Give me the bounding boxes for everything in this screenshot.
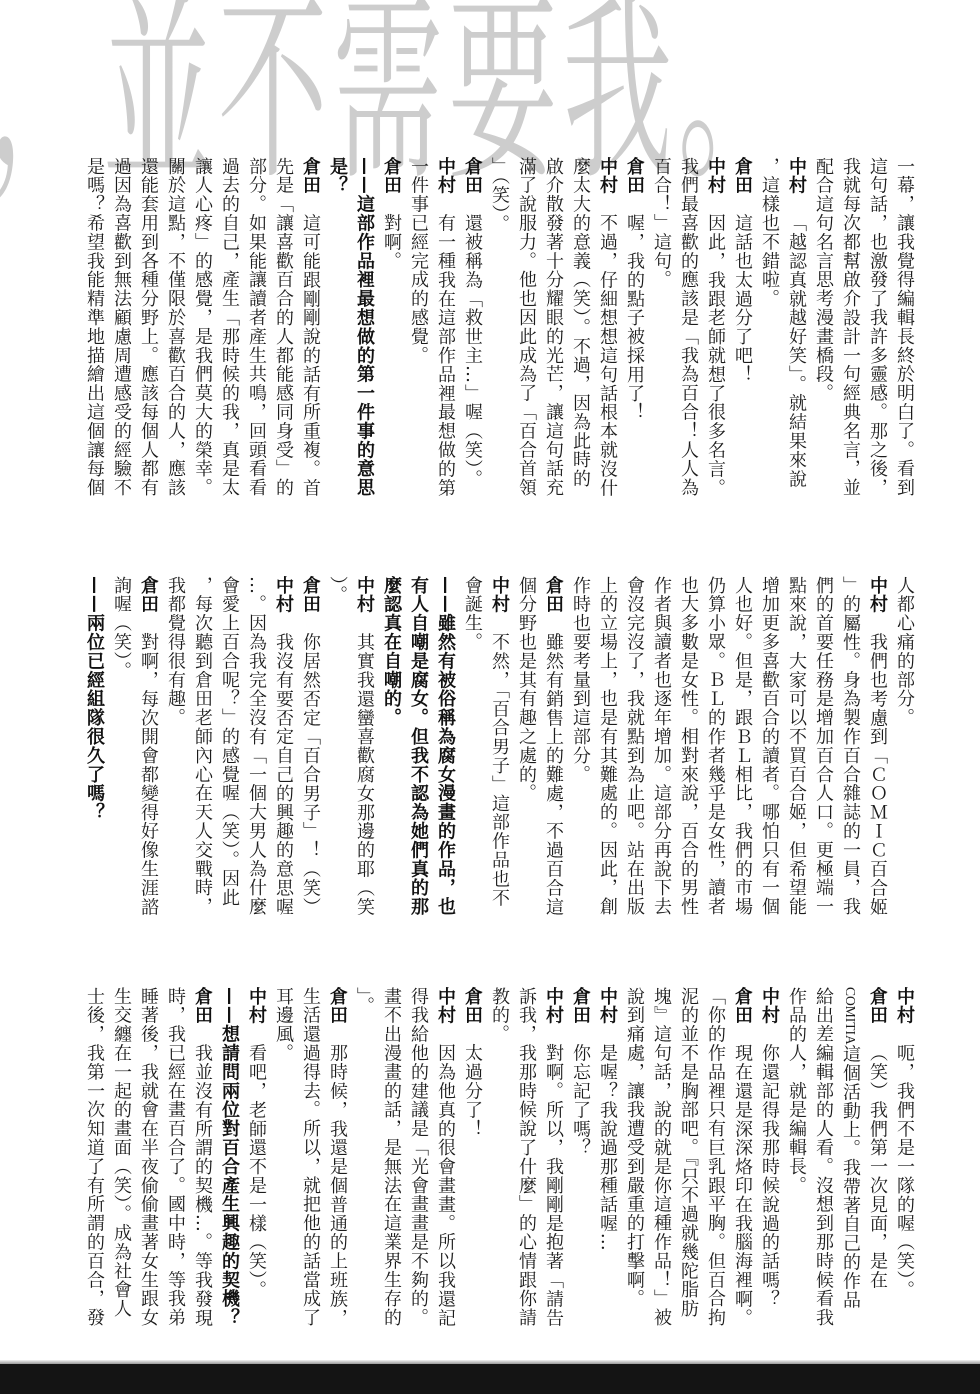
text-column: 」的屬性。身為製作百合雜誌的一員，我 [837,576,864,921]
text-column: 人都心痛的部分。 [891,576,918,921]
text-column: 生交纏在一起的畫面（笑）。成為社會人 [108,987,135,1332]
dialogue-column: 倉田還被稱為「救世主…」喔（笑）。 [459,157,486,502]
speaker-name: 倉田 [138,576,159,614]
text-column: COMITIA這個活動上。我帶著自己的作品 [837,987,864,1332]
column-text: 這個活動上。我帶著自己的作品 [840,1045,861,1310]
text-column: 生活還過得去。所以，就把他的話當成了 [297,987,324,1332]
dialogue-column: 倉田雖然有銷售上的難處，不過百合這 [540,576,567,921]
text-column: 還能套用到各種分野上。應該每個人都有 [135,157,162,502]
column-text: 一幕，讓我覺得編輯長終於明白了。看到 [894,157,915,497]
speaker-name: 中村 [786,157,807,195]
text-column: 「你的作品裡只有巨乳跟平胸。但百合拘 [702,987,729,1332]
column-text: 作者與讀者也逐年增加。這部分再說下去 [651,576,672,916]
interview-question: 麼認真在自嘲的。 [378,576,405,921]
speaker-name: 中村 [435,987,456,1025]
column-text: 部分。如果能讓讀者產生共鳴，回頭看看 [246,157,267,497]
column-text: （笑）我們第一次見面，是在 [867,1044,888,1290]
column-text: 人也好。但是，跟ＢＬ相比，我們的市場 [732,576,753,916]
speaker-name: 中村 [597,987,618,1025]
text-column: 我就每次都幫啟介設計一句經典名言，並 [837,157,864,502]
speaker-name: 倉田 [543,576,564,614]
speaker-name: 中村 [867,576,888,614]
dialogue-column: 倉田太過分了！ [459,987,486,1332]
column-text: 百合！」這句。 [651,157,672,289]
text-column: 個分野也是其有趣之處的。 [513,576,540,921]
question-text: ——雖然有被俗稱為腐女漫畫的作品，也 [435,576,456,916]
column-text: 有一種我在這部作品裡最想做的第 [435,214,456,498]
text-column: 關於這點，不僅限於喜歡百合的人，應該 [162,157,189,502]
dialogue-column: 中村不然，「百合男子」這部作品也不 [486,576,513,921]
speaker-name: 中村 [894,987,915,1025]
speaker-name: 倉田 [867,987,888,1025]
column-text: 增加更多喜歡百合的讀者。哪怕只有一個 [759,576,780,916]
column-text: 先是「讓喜歡百合的人都能感同身受」的 [273,157,294,497]
column-text: 士後，我第一次知道了有所謂的百合，發 [84,987,105,1327]
column-text: 麼太大的意義（笑）。不過，因為此時的 [570,157,591,488]
dialogue-column: 中村我們也考慮到「ＣＯＭＩＣ百合姬 [864,576,891,921]
text-column: 詢喔（笑）。 [108,576,135,921]
column-text: 也大多數是女性。相對來說，百合的男性 [678,576,699,916]
column-text: 你還記得我那時候說過的話嗎？ [759,1044,780,1309]
text-column: 過因為喜歡到無法顧慮周遭感受的經驗不 [108,157,135,502]
column-text: 因為他真的很會畫畫。所以我還記 [435,1044,456,1328]
text-column: 時，我已經在畫百合了。國中時，等我弟 [162,987,189,1332]
text-column: 這句話，也激發了我許多靈感。那之後， [864,157,891,502]
column-text: 會沒完沒了，我就點到為止吧。站在出版 [624,576,645,916]
column-text: 是嗎？希望我能精準地描繪出這個讓每個 [84,157,105,497]
text-column: 配合這句名言思考漫畫橋段。 [810,157,837,502]
speaker-name: 倉田 [192,987,213,1025]
text-column: 仍算小眾。ＢＬ的作者幾乎是女性，讀者 [702,576,729,921]
text-column: 作時也要考量到這部分。 [567,576,594,921]
dialogue-column: 中村因此，我跟老師就想了很多名言。 [702,157,729,502]
speaker-name: 倉田 [462,157,483,195]
column-text: 其實我還蠻喜歡腐女那邊的耶（笑 [354,633,375,917]
column-text: 畫不出漫畫的話，是無法在這業界生存的 [381,987,402,1327]
dialogue-column: 中村是喔？我說過那種話喔… [594,987,621,1332]
text-tier-3: 中村呃，我們不是一隊的喔（笑）。 倉田（笑）我們第一次見面，是在 COMITIA… [81,987,918,1332]
question-text: 是？ [327,157,348,195]
speaker-name: 倉田 [732,987,753,1025]
speaker-name: 中村 [435,157,456,195]
column-text: …。因為我完全沒有「一個大男人為什麼 [246,576,267,916]
text-column: 」（笑）。 [486,157,513,502]
text-column: 百合！」這句。 [648,157,675,502]
interview-question: 是？ [324,157,351,502]
column-text: 會誕生。 [462,576,483,652]
column-text: 一件事已經完成的感覺。 [408,157,429,365]
column-text: 那時候，我還是個普通的上班族， [327,1044,348,1328]
column-text: 過因為喜歡到無法顧慮周遭感受的經驗不 [111,157,132,497]
column-text: 現在還是深深烙印在我腦海裡啊。 [732,1044,753,1328]
column-text: 點來說，大家可以不買百合姬，但希望能 [786,576,807,916]
dialogue-column: 倉田對啊。 [378,157,405,502]
column-text: 」的屬性。身為製作百合雜誌的一員，我 [840,576,861,916]
page-bottom-bar [0,1364,980,1394]
column-text: 不過，仔細想想這句話根本就沒什 [597,214,618,498]
speaker-name: 倉田 [327,987,348,1025]
text-column: 點來說，大家可以不買百合姬，但希望能 [783,576,810,921]
column-text: 我並沒有所謂的契機…。等我發現 [192,1044,213,1328]
text-column: 給出差編輯部的人看。沒想到那時候看我 [810,987,837,1332]
text-column: …。因為我完全沒有「一個大男人為什麼 [243,576,270,921]
dialogue-column: 中村我沒有要否定自己的興趣的意思喔 [270,576,297,921]
column-text: 你居然否定「百合男子」！（笑） [300,633,321,917]
speaker-name: 倉田 [732,157,753,195]
interview-question: ——這部作品裡最想做的第一件事的意思 [351,157,378,502]
text-column: ，這樣也不錯啦。 [756,157,783,502]
speaker-name: 中村 [597,157,618,195]
column-text: 會愛上百合呢？」的感覺喔（笑）。因此 [219,576,240,907]
dialogue-column: 倉田那時候，我還是個普通的上班族， [324,987,351,1332]
column-text: 啟介散發著十分耀眼的光芒，讓這句話充 [543,157,564,497]
column-text: 是喔？我說過那種話喔… [597,1044,618,1252]
text-column: 是嗎？希望我能精準地描繪出這個讓每個 [81,157,108,502]
column-text: 我們也考慮到「ＣＯＭＩＣ百合姬 [867,633,888,917]
column-text: 作品的人，就是編輯長。 [786,987,807,1195]
text-column: ）。 [324,576,351,921]
question-text: 麼認真在自嘲的。 [381,576,402,727]
question-text: 有人自嘲是腐女。但我不認為她們真的那 [408,576,429,916]
column-text: 泥的並不是胸部吧。『只不過就幾陀脂肪 [678,987,699,1318]
column-text: 我們最喜歡的應該是「我為百合！人人為 [678,157,699,497]
text-column: 一件事已經完成的感覺。 [405,157,432,502]
speaker-name: 倉田 [381,157,402,195]
text-column: 耳邊風。 [270,987,297,1332]
question-text: ——兩位已經組隊很久了嗎？ [84,576,105,822]
text-tier-1: 一幕，讓我覺得編輯長終於明白了。看到 這句話，也激發了我許多靈感。那之後， 我就… [81,157,918,502]
column-text: 滿了說服力。他也因此成為了「百合首領 [516,157,537,497]
text-column: 讓人心疼」的感覺，是我們莫大的榮幸。 [189,157,216,502]
dialogue-column: 中村對啊。所以，我剛剛是抱著「請告 [540,987,567,1332]
column-text: 不然，「百合男子」這部作品也不 [489,633,510,908]
text-column: ，每次聽到倉田老師內心在天人交戰時， [189,576,216,921]
column-text: 過去的自己，產生「那時候的我，真是太 [219,157,240,497]
speaker-name: 倉田 [300,157,321,195]
event-name-latin: COMITIA [843,987,858,1045]
text-column: 塊』這句話，說的就是你這種作品！」被 [648,987,675,1332]
interview-question: ——兩位已經組隊很久了嗎？ [81,576,108,921]
text-column: 我們最喜歡的應該是「我為百合！人人為 [675,157,702,502]
dialogue-column: 倉田（笑）我們第一次見面，是在 [864,987,891,1332]
dialogue-column: 倉田現在還是深深烙印在我腦海裡啊。 [729,987,756,1332]
column-text: 人都心痛的部分。 [894,576,915,727]
column-text: 對啊。 [381,214,402,271]
interview-question: 有人自嘲是腐女。但我不認為她們真的那 [405,576,432,921]
text-column: 作品的人，就是編輯長。 [783,987,810,1332]
text-column: 啟介散發著十分耀眼的光芒，讓這句話充 [540,157,567,502]
column-text: 耳邊風。 [273,987,294,1063]
dialogue-column: 中村呃，我們不是一隊的喔（笑）。 [891,987,918,1332]
column-text: 讓人心疼」的感覺，是我們莫大的榮幸。 [192,157,213,497]
dialogue-column: 倉田你忘記了嗎？ [567,987,594,1332]
column-text: 得我給他的建議是「光會畫畫是不夠的。 [408,987,429,1327]
speaker-name: 倉田 [624,157,645,195]
column-text: 詢喔（笑）。 [111,576,132,680]
text-column: 上的立場上，也是有其難處的。因此，創 [594,576,621,921]
column-text: ，每次聽到倉田老師內心在天人交戰時， [192,576,213,916]
column-text: 訴我，我那時候說了什麼」的心情跟你請 [516,987,537,1327]
text-column: 部分。如果能讓讀者產生共鳴，回頭看看 [243,157,270,502]
question-text: ——想請問兩位對百合產生興趣的契機？ [219,987,240,1327]
column-text: 生交纏在一起的畫面（笑）。成為社會人 [111,987,132,1318]
column-text: 關於這點，不僅限於喜歡百合的人，應該 [165,157,186,497]
text-column: 教的。 [486,987,513,1332]
dialogue-column: 中村不過，仔細想想這句話根本就沒什 [594,157,621,502]
speaker-name: 中村 [246,987,267,1025]
column-text: 配合這句名言思考漫畫橋段。 [813,157,834,403]
text-column: 先是「讓喜歡百合的人都能感同身受」的 [270,157,297,502]
text-column: 滿了說服力。他也因此成為了「百合首領 [513,157,540,502]
question-text: ——這部作品裡最想做的第一件事的意思 [354,157,375,497]
column-text: 「你的作品裡只有巨乳跟平胸。但百合拘 [705,987,726,1327]
dialogue-column: 中村其實我還蠻喜歡腐女那邊的耶（笑 [351,576,378,921]
column-text: 這話也太過分了吧！ [732,214,753,384]
column-text: 教的。 [489,987,510,1044]
column-text: 」。 [354,987,375,1016]
column-text: 「越認真就越好笑」。就結果來說 [786,214,807,489]
column-text: 睡著後，我就會在半夜偷偷畫著女生跟女 [138,987,159,1327]
column-text: 我都覺得很有趣。 [165,576,186,727]
speaker-name: 中村 [705,157,726,195]
dialogue-column: 中村有一種我在這部作品裡最想做的第 [432,157,459,502]
column-text: 」（笑）。 [489,157,510,234]
column-text: ）。 [327,576,348,605]
text-column: 過去的自己，產生「那時候的我，真是太 [216,157,243,502]
text-column: 訴我，我那時候說了什麼」的心情跟你請 [513,987,540,1332]
dialogue-column: 中村看吧，老師還不是一樣（笑）。 [243,987,270,1332]
speaker-name: 中村 [543,987,564,1025]
text-column: 們的首要任務是增加百合人口。更極端一 [810,576,837,921]
column-text: 還被稱為「救世主…」喔（笑）。 [462,214,483,489]
column-text: 時，我已經在畫百合了。國中時，等我弟 [165,987,186,1327]
dialogue-column: 中村你還記得我那時候說過的話嗎？ [756,987,783,1332]
column-text: 雖然有銷售上的難處，不過百合這 [543,633,564,917]
dialogue-column: 倉田我並沒有所謂的契機…。等我發現 [189,987,216,1332]
text-column: 說到痛處，讓我遭受到嚴重的打擊啊。 [621,987,648,1332]
column-text: 對啊，每次開會都變得好像生涯諮 [138,633,159,917]
column-text: 因此，我跟老師就想了很多名言。 [705,214,726,498]
column-text: 我沒有要否定自己的興趣的意思喔 [273,633,294,917]
dialogue-column: 倉田你居然否定「百合男子」！（笑） [297,576,324,921]
text-column: 增加更多喜歡百合的讀者。哪怕只有一個 [756,576,783,921]
text-column: 我都覺得很有趣。 [162,576,189,921]
dialogue-column: 倉田對啊，每次開會都變得好像生涯諮 [135,576,162,921]
text-column: 也大多數是女性。相對來說，百合的男性 [675,576,702,921]
speaker-name: 中村 [759,987,780,1025]
column-text: 看吧，老師還不是一樣（笑）。 [246,1044,267,1300]
speaker-name: 倉田 [570,987,591,1025]
dialogue-column: 倉田喔，我的點子被採用了！ [621,157,648,502]
interview-question: ——雖然有被俗稱為腐女漫畫的作品，也 [432,576,459,921]
text-column: 畫不出漫畫的話，是無法在這業界生存的 [378,987,405,1332]
column-text: 這可能跟剛剛說的話有所重複。首 [300,214,321,498]
speaker-name: 中村 [354,576,375,614]
column-text: 生活還過得去。所以，就把他的話當成了 [300,987,321,1327]
column-text: 上的立場上，也是有其難處的。因此，創 [597,576,618,916]
text-column: 」。 [351,987,378,1332]
text-column: 會沒完沒了，我就點到為止吧。站在出版 [621,576,648,921]
column-text: 我就每次都幫啟介設計一句經典名言，並 [840,157,861,497]
dialogue-column: 中村「越認真就越好笑」。就結果來說 [783,157,810,502]
text-column: 人也好。但是，跟ＢＬ相比，我們的市場 [729,576,756,921]
column-text: 說到痛處，讓我遭受到嚴重的打擊啊。 [624,987,645,1308]
speaker-name: 倉田 [300,576,321,614]
column-text: 仍算小眾。ＢＬ的作者幾乎是女性，讀者 [705,576,726,916]
text-column: 泥的並不是胸部吧。『只不過就幾陀脂肪 [675,987,702,1332]
text-tier-2: 人都心痛的部分。 中村我們也考慮到「ＣＯＭＩＣ百合姬 」的屬性。身為製作百合雜誌… [81,576,918,921]
column-text: 你忘記了嗎？ [570,1044,591,1157]
column-text: 作時也要考量到這部分。 [570,576,591,784]
dialogue-column: 倉田這話也太過分了吧！ [729,157,756,502]
interview-question: ——想請問兩位對百合產生興趣的契機？ [216,987,243,1332]
column-text: ，這樣也不錯啦。 [759,157,780,308]
text-column: 一幕，讓我覺得編輯長終於明白了。看到 [891,157,918,502]
column-text: 給出差編輯部的人看。沒想到那時候看我 [813,987,834,1327]
text-column: 會愛上百合呢？」的感覺喔（笑）。因此 [216,576,243,921]
speaker-name: 中村 [273,576,294,614]
column-text: 們的首要任務是增加百合人口。更極端一 [813,576,834,916]
column-text: 呃，我們不是一隊的喔（笑）。 [894,1044,915,1300]
text-column: 得我給他的建議是「光會畫畫是不夠的。 [405,987,432,1332]
column-text: 個分野也是其有趣之處的。 [516,576,537,803]
column-text: 太過分了！ [462,1044,483,1139]
dialogue-column: 倉田這可能跟剛剛說的話有所重複。首 [297,157,324,502]
text-column: 睡著後，我就會在半夜偷偷畫著女生跟女 [135,987,162,1332]
speaker-name: 倉田 [462,987,483,1025]
text-column: 作者與讀者也逐年增加。這部分再說下去 [648,576,675,921]
column-text: 這句話，也激發了我許多靈感。那之後， [867,157,888,497]
column-text: 還能套用到各種分野上。應該每個人都有 [138,157,159,497]
text-column: 會誕生。 [459,576,486,921]
column-text: 對啊。所以，我剛剛是抱著「請告 [543,1044,564,1328]
column-text: 喔，我的點子被採用了！ [624,214,645,422]
dialogue-column: 中村因為他真的很會畫畫。所以我還記 [432,987,459,1332]
column-text: 塊』這句話，說的就是你這種作品！」被 [651,987,672,1327]
text-column: 麼太大的意義（笑）。不過，因為此時的 [567,157,594,502]
text-column: 士後，我第一次知道了有所謂的百合，發 [81,987,108,1332]
speaker-name: 中村 [489,576,510,614]
